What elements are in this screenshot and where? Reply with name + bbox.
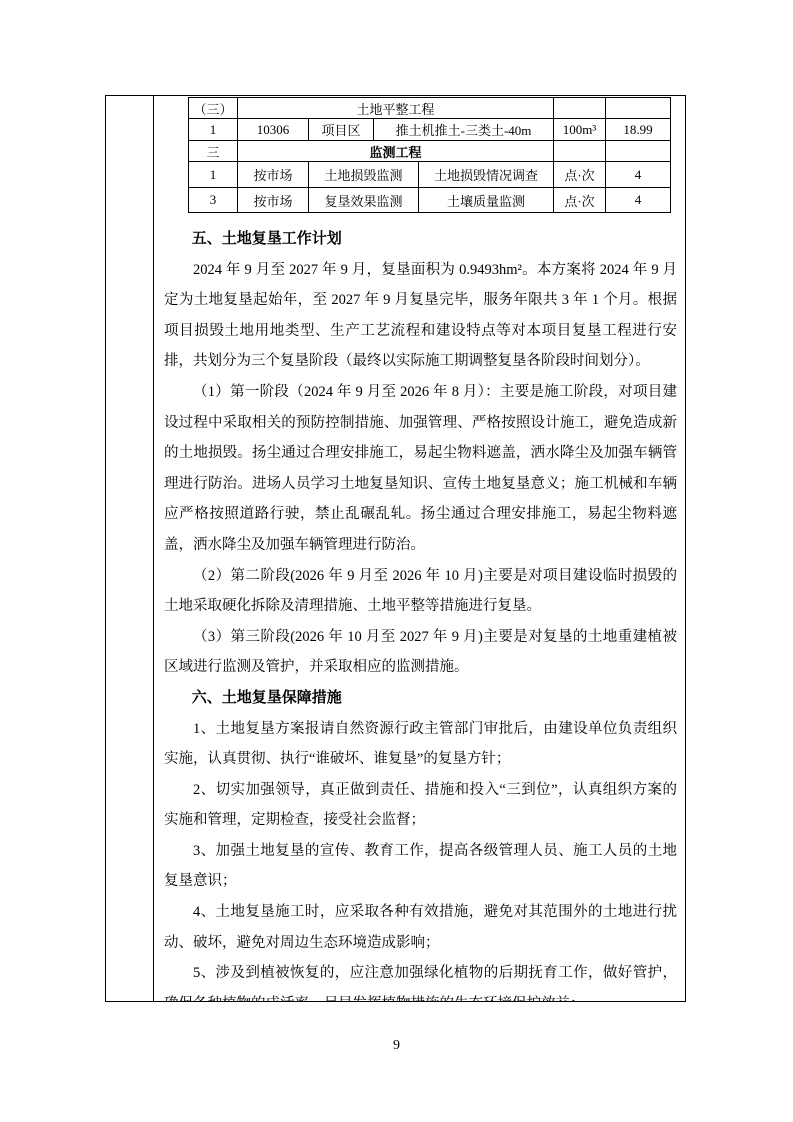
qty-cell: 4: [606, 162, 671, 188]
row-index-cell: 三: [189, 141, 238, 162]
paragraph-phase-2: （2）第二阶段(2026 年 9 月至 2026 年 10 月)主要是对项目建设…: [164, 561, 677, 622]
paragraph-measure-1: 1、土地复垦方案报请自然资源行政主管部门审批后，由建设单位负责组织实施，认真贯彻…: [164, 714, 677, 775]
table-row-leveling-item: 1 10306 项目区 推土机推土-三类土-40m 100m³ 18.99: [189, 119, 671, 141]
row-index-cell: （三）: [189, 98, 238, 119]
unit-cell: 100m³: [554, 119, 606, 141]
form-left-column: [106, 96, 154, 1001]
qty-cell: 18.99: [606, 119, 671, 141]
form-main-cell: （三） 土地平整工程 1 10306 项目区 推土机推土-三类土-40m 100…: [154, 96, 685, 1001]
document-body-text: 五、土地复垦工作计划 2024 年 9 月至 2027 年 9 月，复垦面积为 …: [164, 224, 677, 1001]
work-desc-cell: 土壤质量监测: [419, 188, 554, 213]
monitor-item-cell: 土地损毁监测: [309, 162, 419, 188]
paragraph-measure-4: 4、土地复垦施工时，应采取各种有效措施，避免对其范围外的土地进行扰动、破坏，避免…: [164, 897, 677, 958]
table-row-effect-monitoring: 3 按市场 复垦效果监测 土壤质量监测 点·次 4: [189, 188, 671, 213]
row-index-cell: 3: [189, 188, 238, 213]
qty-cell: 4: [606, 188, 671, 213]
unit-cell: [554, 98, 606, 119]
paragraph-measure-3: 3、加强土地复垦的宣传、教育工作，提高各级管理人员、施工人员的土地复垦意识；: [164, 836, 677, 897]
unit-cell: [554, 141, 606, 162]
paragraph-phase-1: （1）第一阶段（2024 年 9 月至 2026 年 8 月）：主要是施工阶段，…: [164, 377, 677, 561]
cost-code-cell: 10306: [238, 119, 309, 141]
paragraph-measure-5: 5、涉及到植被恢复的，应注意加强绿化植物的后期抚育工作，做好管护，确保各种植物的…: [164, 958, 677, 1001]
work-desc-cell: 推土机推土-三类土-40m: [374, 119, 554, 141]
unit-cell: 点·次: [554, 162, 606, 188]
section-title-cell: 土地平整工程: [238, 98, 554, 119]
page-number: 9: [0, 1038, 793, 1054]
scope-cell: 项目区: [309, 119, 374, 141]
unit-cell: 点·次: [554, 188, 606, 213]
paragraph-measure-2: 2、切实加强领导，真正做到责任、措施和投入“三到位”，认真组织方案的实施和管理，…: [164, 775, 677, 836]
table-row-section-monitoring: 三 监测工程: [189, 141, 671, 162]
section-6-heading: 六、土地复垦保障措施: [164, 683, 677, 714]
qty-cell: [606, 141, 671, 162]
qty-cell: [606, 98, 671, 119]
row-index-cell: 1: [189, 119, 238, 141]
document-page: （三） 土地平整工程 1 10306 项目区 推土机推土-三类土-40m 100…: [0, 0, 793, 1122]
paragraph-reclamation-schedule: 2024 年 9 月至 2027 年 9 月，复垦面积为 0.9493hm²。本…: [164, 255, 677, 377]
row-index-cell: 1: [189, 162, 238, 188]
monitor-item-cell: 复垦效果监测: [309, 188, 419, 213]
paragraph-phase-3: （3）第三阶段(2026 年 10 月至 2027 年 9 月)主要是对复垦的土…: [164, 622, 677, 683]
table-row-damage-monitoring: 1 按市场 土地损毁监测 土地损毁情况调查 点·次 4: [189, 162, 671, 188]
table-row-section-land-leveling: （三） 土地平整工程: [189, 98, 671, 119]
outer-form-table: （三） 土地平整工程 1 10306 项目区 推土机推土-三类土-40m 100…: [105, 95, 686, 1002]
cost-code-cell: 按市场: [238, 162, 309, 188]
work-desc-cell: 土地损毁情况调查: [419, 162, 554, 188]
section-5-heading: 五、土地复垦工作计划: [164, 224, 677, 255]
engineering-budget-table: （三） 土地平整工程 1 10306 项目区 推土机推土-三类土-40m 100…: [188, 97, 671, 213]
cost-code-cell: 按市场: [238, 188, 309, 213]
section-title-cell: 监测工程: [238, 141, 554, 162]
